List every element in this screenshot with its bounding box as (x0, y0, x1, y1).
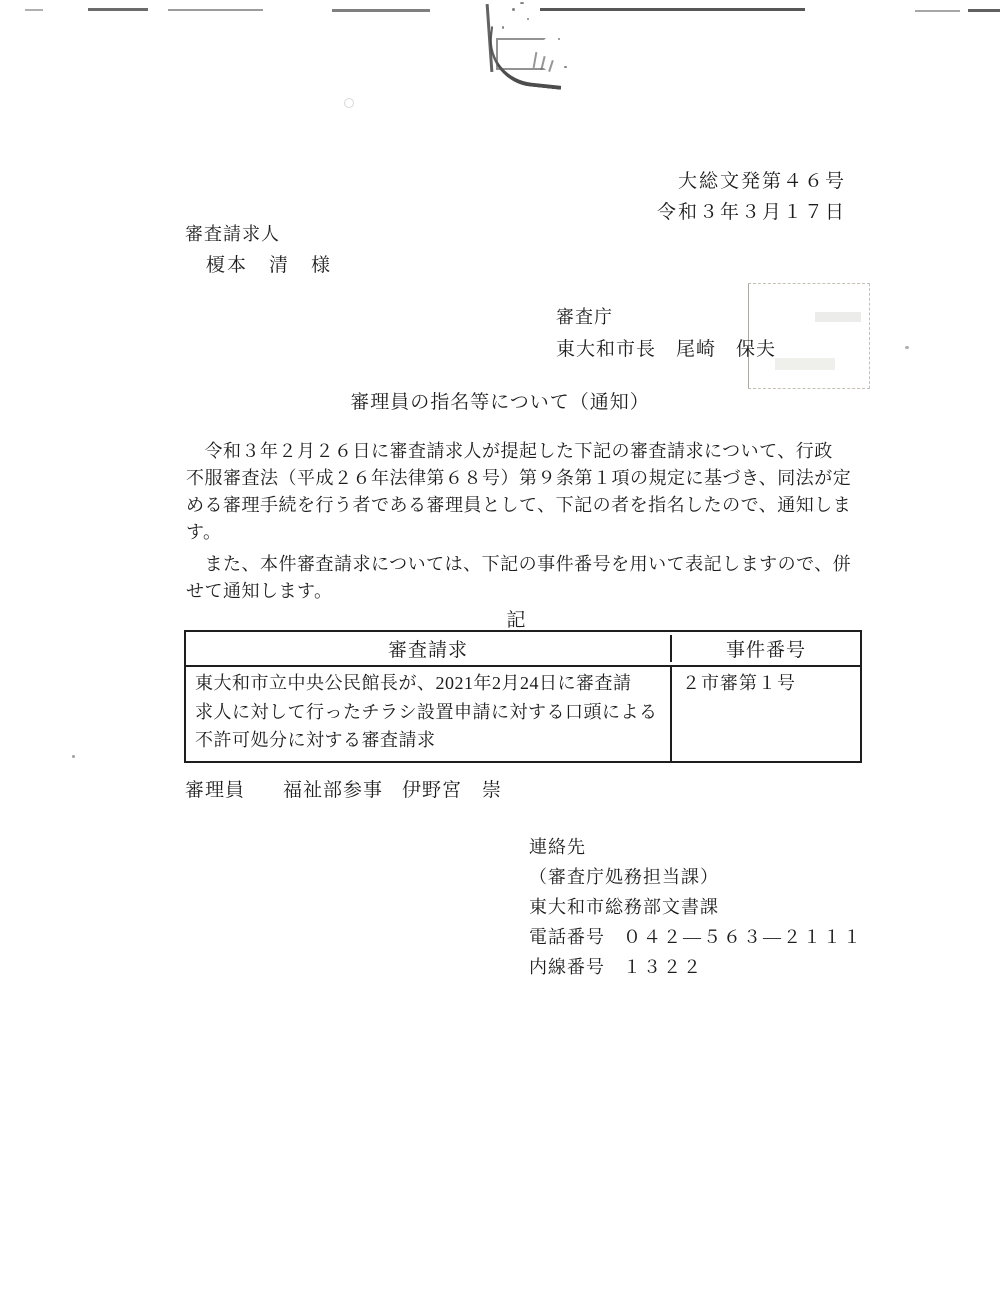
extension-label: 内線番号 (529, 957, 605, 977)
scan-speck (72, 755, 75, 758)
table-header-row: 審査請求 事件番号 (186, 632, 860, 667)
scan-edge-line (168, 9, 263, 11)
table-row: 東大和市立中央公民館長が、2021年2月24日に審査請 求人に対して行ったチラシ… (186, 667, 860, 761)
document-number: 大総文発第４６号 (657, 166, 846, 197)
scan-edge-line (915, 10, 960, 12)
scan-edge-line (25, 9, 43, 11)
scan-speck (344, 98, 354, 108)
body-paragraph-2: また、本件審査請求については、下記の事件番号を用いて表記しますので、併 せて通知… (186, 551, 854, 605)
table-header-case-number: 事件番号 (672, 635, 860, 662)
scan-smudge (472, 0, 582, 100)
examiner-job-title: 福祉部参事 (283, 780, 383, 801)
contact-division: 東大和市総務部文書課 (529, 892, 863, 922)
scan-speck (905, 346, 909, 349)
extension-number: １３２２ (623, 957, 703, 977)
sender-organ-label: 審査庁 (556, 303, 613, 329)
contact-extension-line: 内線番号１３２２ (529, 952, 863, 982)
scan-edge-line (968, 9, 1000, 12)
scan-edge-line (88, 8, 148, 11)
contact-dept: （審査庁処務担当課） (529, 862, 863, 892)
scan-edge-line (332, 9, 430, 12)
paragraph-line: 不服審査法（平成２６年法律第６８号）第９条第１項の規定に基づき、同法が定 (186, 465, 854, 492)
case-number-cell: ２市審第１号 (672, 667, 860, 761)
contact-phone-line: 電話番号０４２―５６３―２１１１ (529, 922, 863, 952)
record-mark: 記 (186, 605, 846, 632)
request-line: 不許可処分に対する審査請求 (195, 726, 664, 755)
phone-number: ０４２―５６３―２１１１ (623, 927, 863, 947)
issue-date: 令和３年３月１７日 (657, 197, 846, 228)
document-number-block: 大総文発第４６号 令和３年３月１７日 (657, 166, 846, 228)
examiner-line: 審理員福祉部参事伊野宮 崇 (185, 775, 502, 802)
addressee-label: 審査請求人 (185, 220, 280, 246)
contact-block: 連絡先 （審査庁処務担当課） 東大和市総務部文書課 電話番号０４２―５６３―２１… (529, 832, 863, 982)
request-line: 求人に対して行ったチラシ設置申請に対する口頭による (195, 698, 664, 727)
paragraph-line: せて通知します。 (186, 578, 854, 605)
sender-name: 東大和市長 尾崎 保夫 (556, 334, 776, 361)
paragraph-line: また、本件審査請求については、下記の事件番号を用いて表記しますので、併 (186, 551, 854, 578)
examiner-label: 審理員 (185, 780, 245, 801)
examiner-name: 伊野宮 崇 (402, 780, 502, 801)
notice-table: 審査請求 事件番号 東大和市立中央公民館長が、2021年2月24日に審査請 求人… (184, 630, 862, 763)
paragraph-line: める審理手続を行う者である審理員として、下記の者を指名したので、通知しま (186, 492, 854, 519)
document-title: 審理員の指名等について（通知） (0, 387, 1000, 414)
addressee-name: 榎本 清 様 (206, 250, 332, 277)
table-header-request: 審査請求 (186, 635, 672, 662)
request-description-cell: 東大和市立中央公民館長が、2021年2月24日に審査請 求人に対して行ったチラシ… (186, 667, 672, 761)
body-paragraph-1: 令和３年２月２６日に審査請求人が提起した下記の審査請求について、行政 不服審査法… (186, 438, 854, 546)
phone-label: 電話番号 (529, 927, 605, 947)
request-line: 東大和市立中央公民館長が、2021年2月24日に審査請 (195, 669, 664, 698)
contact-heading: 連絡先 (529, 832, 863, 862)
paragraph-line: す。 (186, 519, 854, 546)
paragraph-line: 令和３年２月２６日に審査請求人が提起した下記の審査請求について、行政 (186, 438, 854, 465)
